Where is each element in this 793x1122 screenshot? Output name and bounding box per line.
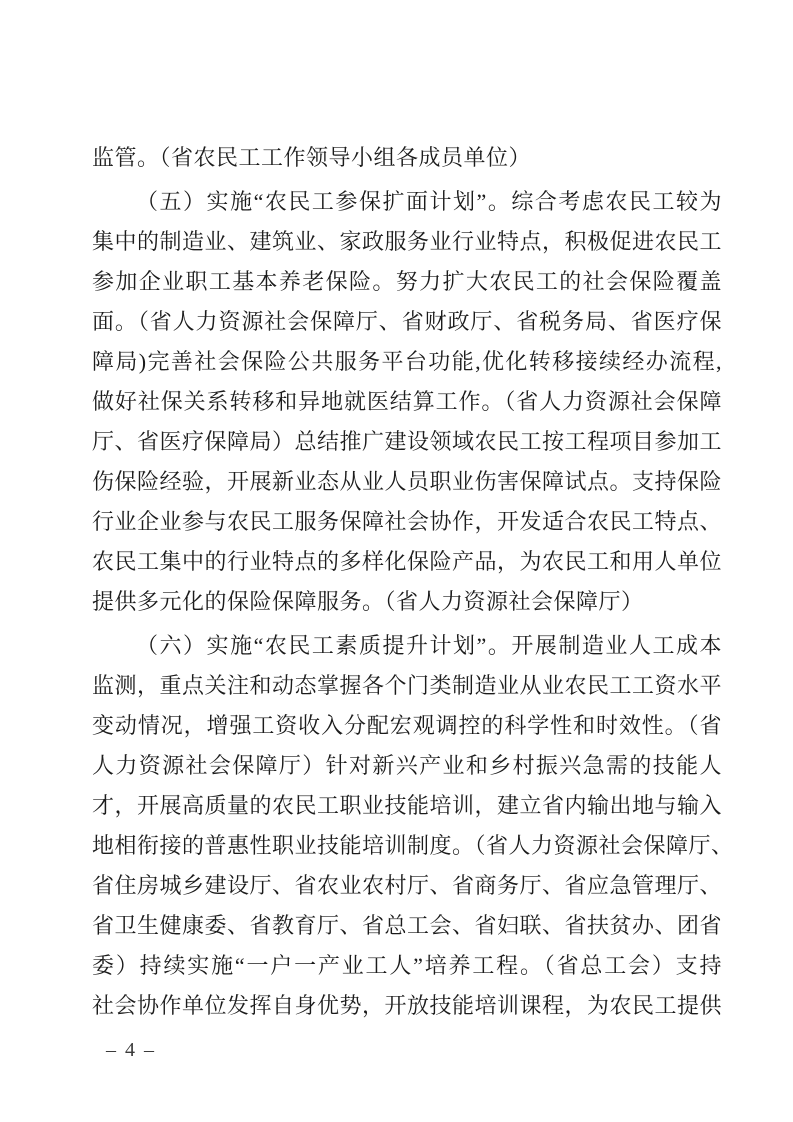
text-line: 障局)完善社会保险公共服务平台功能,优化转移接续经办流程,: [92, 342, 722, 382]
text-line: 变动情况，增强工资收入分配宏观调控的科学性和时效性。（省: [92, 706, 722, 746]
text-line: 集中的制造业、建筑业、家政服务业行业特点，积极促进农民工: [92, 222, 722, 262]
text-line: 伤保险经验，开展新业态从业人员职业伤害保障试点。支持保险: [92, 462, 722, 502]
text-line: 厅、省医疗保障局）总结推广建设领域农民工按工程项目参加工: [92, 422, 722, 462]
text-line: 才，开展高质量的农民工职业技能培训，建立省内输出地与输入: [92, 786, 722, 826]
text-line: 人力资源社会保障厅）针对新兴产业和乡村振兴急需的技能人: [92, 746, 722, 786]
text-line: （五）实施“农民工参保扩面计划”。综合考虑农民工较为: [92, 182, 722, 222]
document-page: 监管。（省农民工工作领导小组各成员单位）（五）实施“农民工参保扩面计划”。综合考…: [0, 0, 793, 1122]
text-line: 提供多元化的保险保障服务。（省人力资源社会保障厅）: [92, 582, 722, 622]
text-line: 参加企业职工基本养老保险。努力扩大农民工的社会保险覆盖: [92, 262, 722, 302]
text-line: 行业企业参与农民工服务保障社会协作，开发适合农民工特点、: [92, 502, 722, 542]
text-line: 省住房城乡建设厅、省农业农村厅、省商务厅、省应急管理厅、: [92, 866, 722, 906]
text-line: 委）持续实施“一户一产业工人”培养工程。（省总工会）支持: [92, 946, 722, 986]
text-line: 监管。（省农民工工作领导小组各成员单位）: [92, 138, 722, 178]
document-body: 监管。（省农民工工作领导小组各成员单位）（五）实施“农民工参保扩面计划”。综合考…: [92, 138, 722, 1026]
page-number: – 4 –: [106, 1038, 156, 1062]
text-line: 省卫生健康委、省教育厅、省总工会、省妇联、省扶贫办、团省: [92, 906, 722, 946]
text-line: 农民工集中的行业特点的多样化保险产品，为农民工和用人单位: [92, 542, 722, 582]
text-line: 面。（省人力资源社会保障厅、省财政厅、省税务局、省医疗保: [92, 302, 722, 342]
text-line: 做好社保关系转移和异地就医结算工作。（省人力资源社会保障: [92, 382, 722, 422]
text-line: 社会协作单位发挥自身优势，开放技能培训课程，为农民工提供: [92, 986, 722, 1026]
text-line: （六）实施“农民工素质提升计划”。开展制造业人工成本: [92, 626, 722, 666]
text-line: 监测，重点关注和动态掌握各个门类制造业从业农民工工资水平: [92, 666, 722, 706]
text-line: 地相衔接的普惠性职业技能培训制度。（省人力资源社会保障厅、: [92, 826, 722, 866]
